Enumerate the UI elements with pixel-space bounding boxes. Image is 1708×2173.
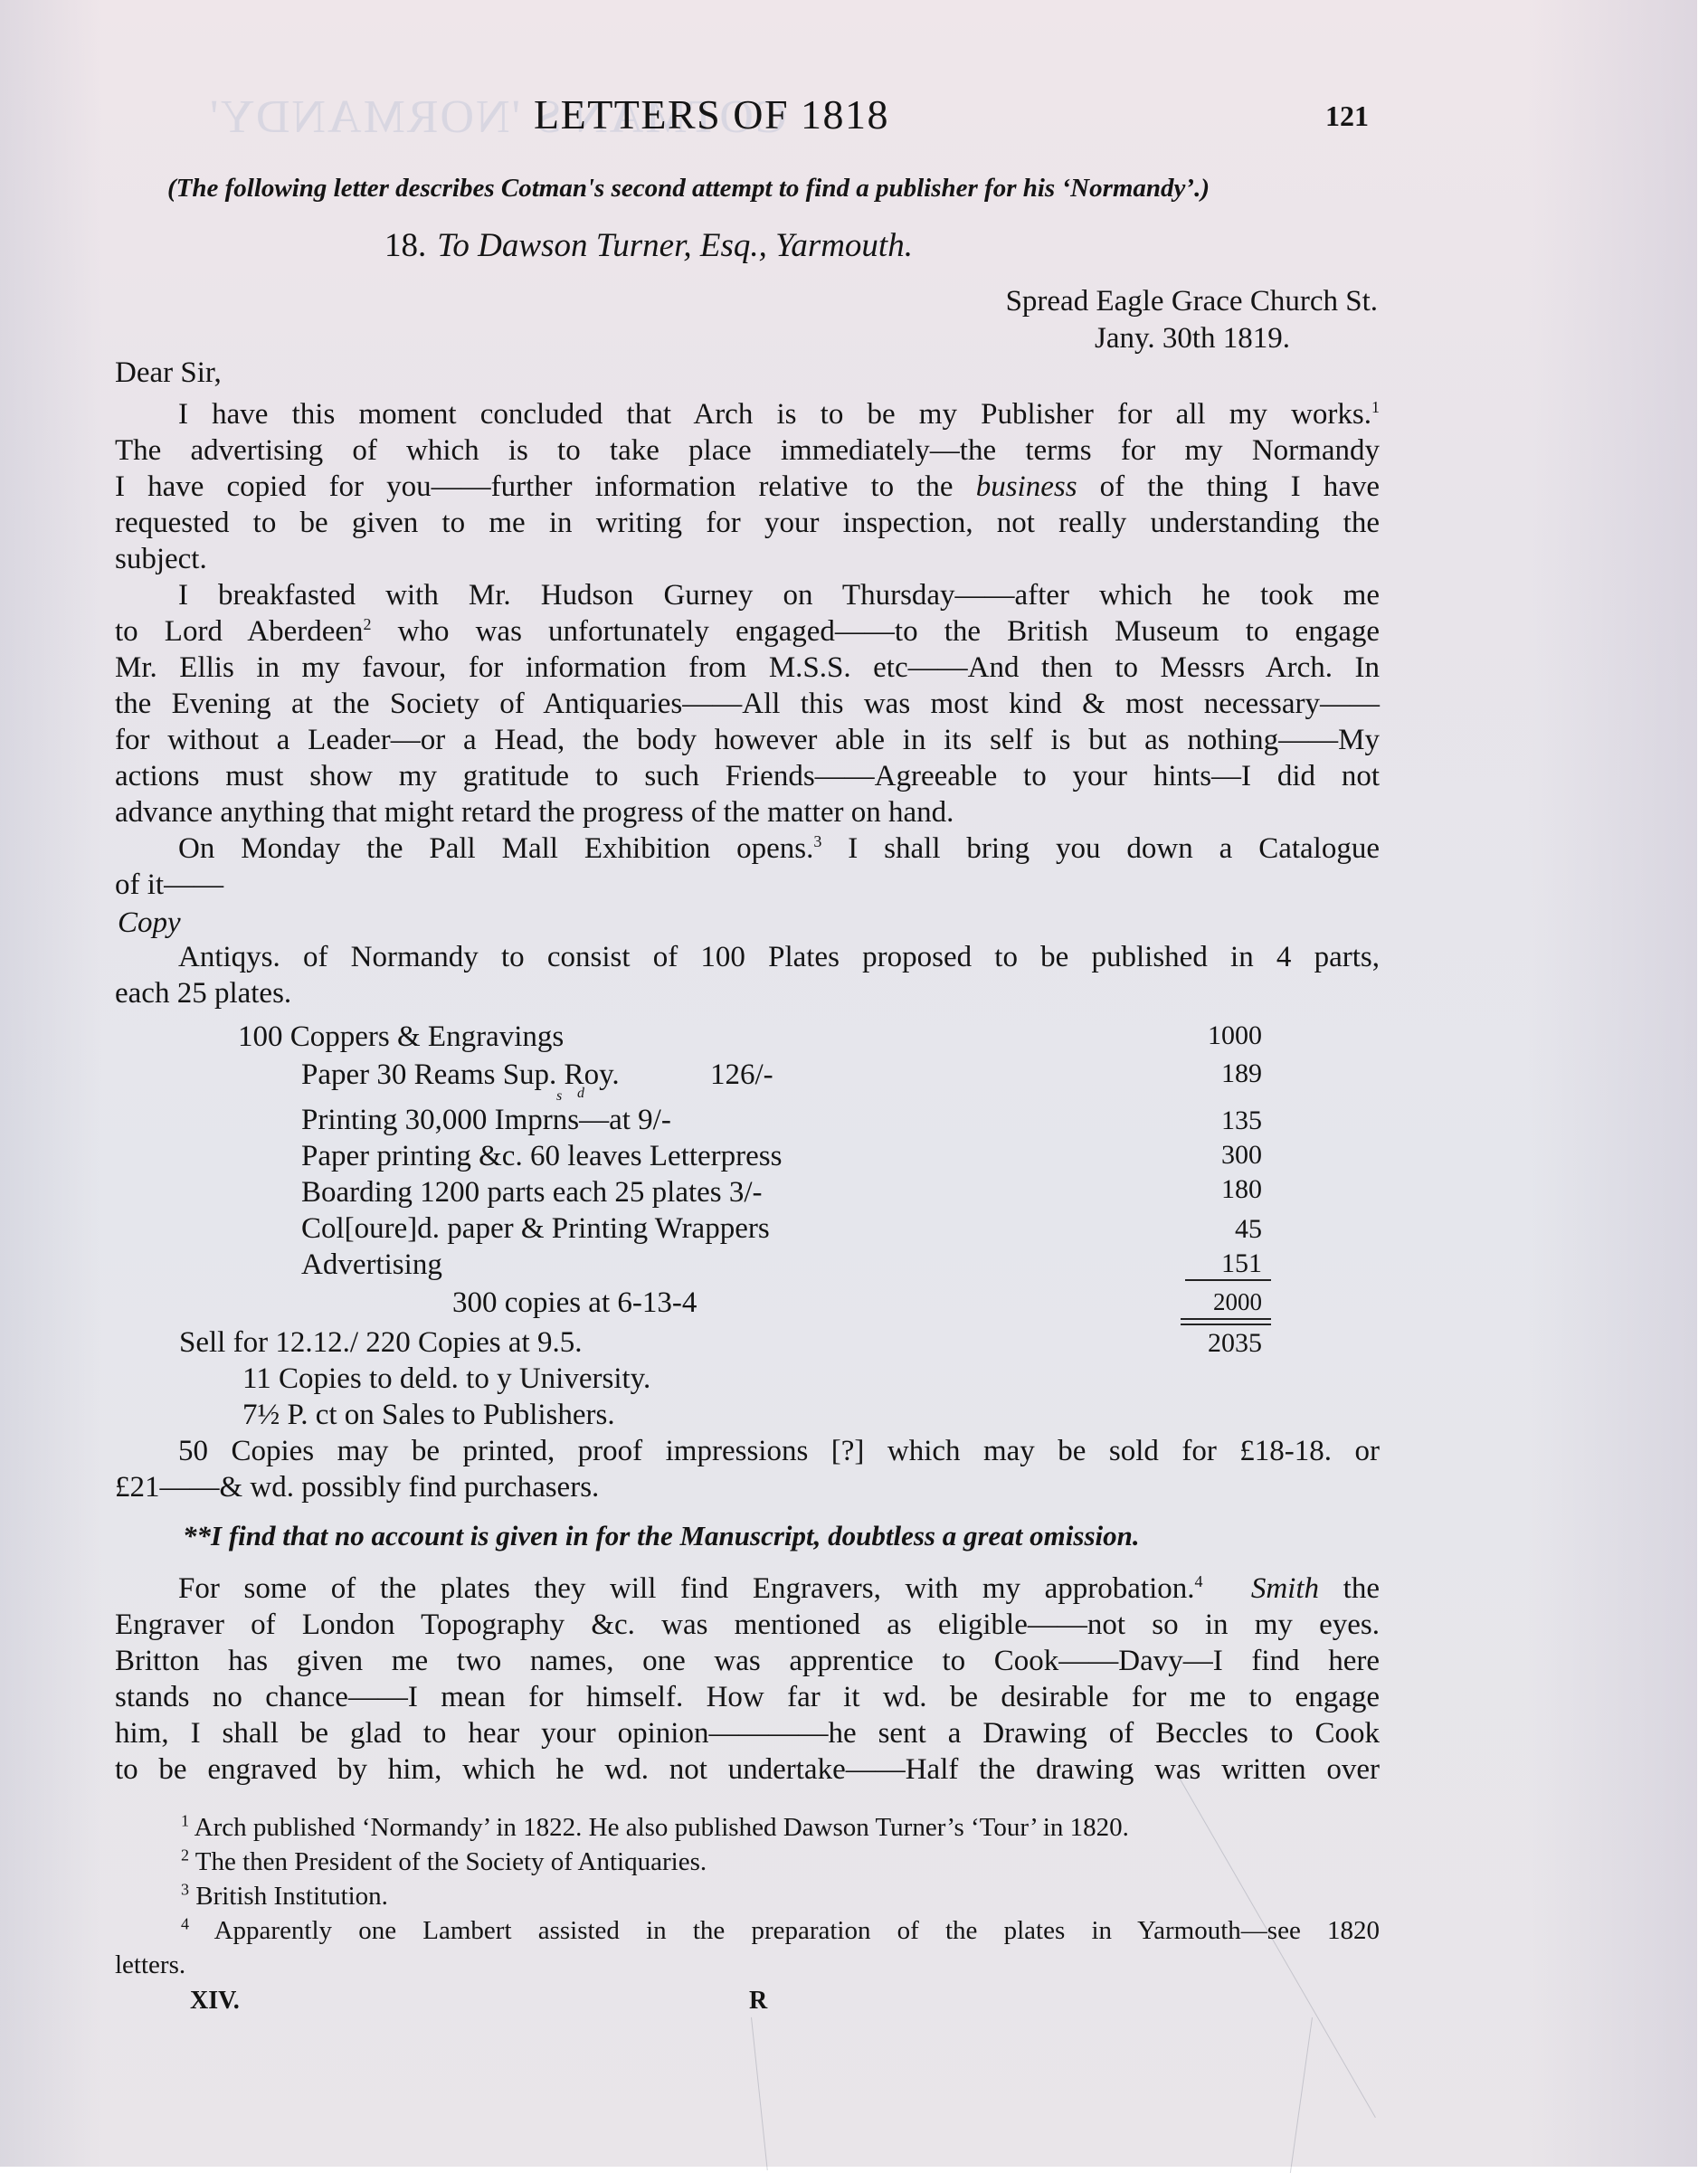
para2-line: actions must show my gratitude to such F… xyxy=(115,758,1380,794)
account-amount: 180 xyxy=(1153,1174,1262,1205)
para4-line: 50 Copies may be printed, proof impressi… xyxy=(115,1433,1380,1469)
para5-line: For some of the plates they will find En… xyxy=(115,1570,1380,1607)
footnote-3: 3 British Institution. xyxy=(181,1880,388,1912)
account-item: Paper printing &c. 60 leaves Letterpress xyxy=(301,1138,783,1174)
asterisk-note: **I find that no account is given in for… xyxy=(183,1518,1140,1554)
salutation: Dear Sir, xyxy=(115,355,222,391)
para3-line: On Monday the Pall Mall Exhibition opens… xyxy=(115,830,1380,867)
gathering-signature: R xyxy=(749,1987,767,2016)
letter-number: 18. xyxy=(384,227,426,264)
university-line: 11 Copies to deld. to y University. xyxy=(242,1361,650,1397)
footnote-2: 2 The then President of the Society of A… xyxy=(181,1846,707,1878)
para2-line: the Evening at the Society of Antiquarie… xyxy=(115,686,1380,722)
account-item: Boarding 1200 parts each 25 plates 3/- xyxy=(301,1174,763,1210)
letter-date: Jany. 30th 1819. xyxy=(1095,322,1290,356)
para5-line: Engraver of London Topography &c. was me… xyxy=(115,1607,1380,1643)
copy-line: each 25 plates. xyxy=(115,975,291,1011)
subtotal-label: 300 copies at 6-13-4 xyxy=(452,1285,697,1321)
letter-addressee: To Dawson Turner, Esq., Yarmouth. xyxy=(437,227,913,264)
account-amount: 300 xyxy=(1153,1140,1262,1171)
account-rate: 126/- xyxy=(710,1057,773,1093)
para5-line: him, I shall be glad to hear your opinio… xyxy=(115,1715,1380,1751)
para2-line: I breakfasted with Mr. Hudson Gurney on … xyxy=(115,577,1380,613)
para4-line: £21——& wd. possibly find purchasers. xyxy=(115,1469,599,1505)
account-item: Advertising xyxy=(301,1247,442,1283)
account-amount: 189 xyxy=(1153,1058,1262,1089)
double-rule xyxy=(1181,1318,1271,1320)
account-amount: 45 xyxy=(1153,1214,1262,1245)
letter-address: Spread Eagle Grace Church St. xyxy=(1006,285,1378,318)
double-rule xyxy=(1181,1324,1271,1325)
account-amount: 151 xyxy=(1153,1248,1262,1279)
para3-line: of it—— xyxy=(115,867,223,903)
account-amount: 1000 xyxy=(1153,1020,1262,1051)
para5-line: to be engraved by him, which he wd. not … xyxy=(115,1751,1380,1788)
running-title: LETTERS OF 1818 xyxy=(534,90,889,138)
pence-mark: d xyxy=(577,1086,584,1102)
account-amount: 135 xyxy=(1153,1105,1262,1136)
sum-rule xyxy=(1185,1279,1271,1281)
para1-line: I have copied for you——further informati… xyxy=(115,469,1380,505)
subtotal-amount: 2000 xyxy=(1153,1288,1262,1316)
footnote-1: 1 Arch published ‘Normandy’ in 1822. He … xyxy=(181,1811,1129,1844)
copy-line: Antiqys. of Normandy to consist of 100 P… xyxy=(115,939,1380,975)
footnote-ref: 2 xyxy=(364,615,372,633)
account-item: Paper 30 Reams Sup. Roy. xyxy=(301,1057,620,1093)
account-item: 100 Coppers & Engravings xyxy=(238,1019,564,1055)
volume-signature: XIV. xyxy=(190,1987,240,2016)
para1-line: The advertising of which is to take plac… xyxy=(115,432,1380,469)
para2-line: to Lord Aberdeen2 who was unfortunately … xyxy=(115,613,1380,650)
para1-line: subject. xyxy=(115,541,207,577)
para2-line: advance anything that might retard the p… xyxy=(115,794,954,830)
para1-line: I have this moment concluded that Arch i… xyxy=(115,396,1380,432)
footnote-ref: 3 xyxy=(813,832,821,850)
letter-heading: 18.To Dawson Turner, Esq., Yarmouth. xyxy=(384,226,913,265)
percent-line: 7½ P. ct on Sales to Publishers. xyxy=(242,1397,615,1433)
copy-label: Copy xyxy=(118,905,181,941)
footnote-ref: 4 xyxy=(1195,1572,1203,1590)
account-item: Col[oure]d. paper & Printing Wrappers xyxy=(301,1210,770,1247)
page-number: 121 xyxy=(1325,100,1369,133)
para2-line: Mr. Ellis in my favour, for information … xyxy=(115,650,1380,686)
sell-line: Sell for 12.12./ 220 Copies at 9.5. xyxy=(179,1324,582,1361)
para1-line: requested to be given to me in writing f… xyxy=(115,505,1380,541)
footnote-ref: 1 xyxy=(1371,398,1380,416)
para5-line: stands no chance——I mean for himself. Ho… xyxy=(115,1679,1380,1715)
footnote-4: 4 Apparently one Lambert assisted in the… xyxy=(181,1914,1380,1947)
account-item: Printing 30,000 Imprns—at 9/- xyxy=(301,1102,671,1138)
para2-line: for without a Leader—or a Head, the body… xyxy=(115,722,1380,758)
editorial-note: (The following letter describes Cotman's… xyxy=(167,174,1210,204)
sell-total: 2035 xyxy=(1153,1328,1262,1359)
footnote-4-continuation: letters. xyxy=(115,1949,185,1981)
para5-line: Britton has given me two names, one was … xyxy=(115,1643,1380,1679)
